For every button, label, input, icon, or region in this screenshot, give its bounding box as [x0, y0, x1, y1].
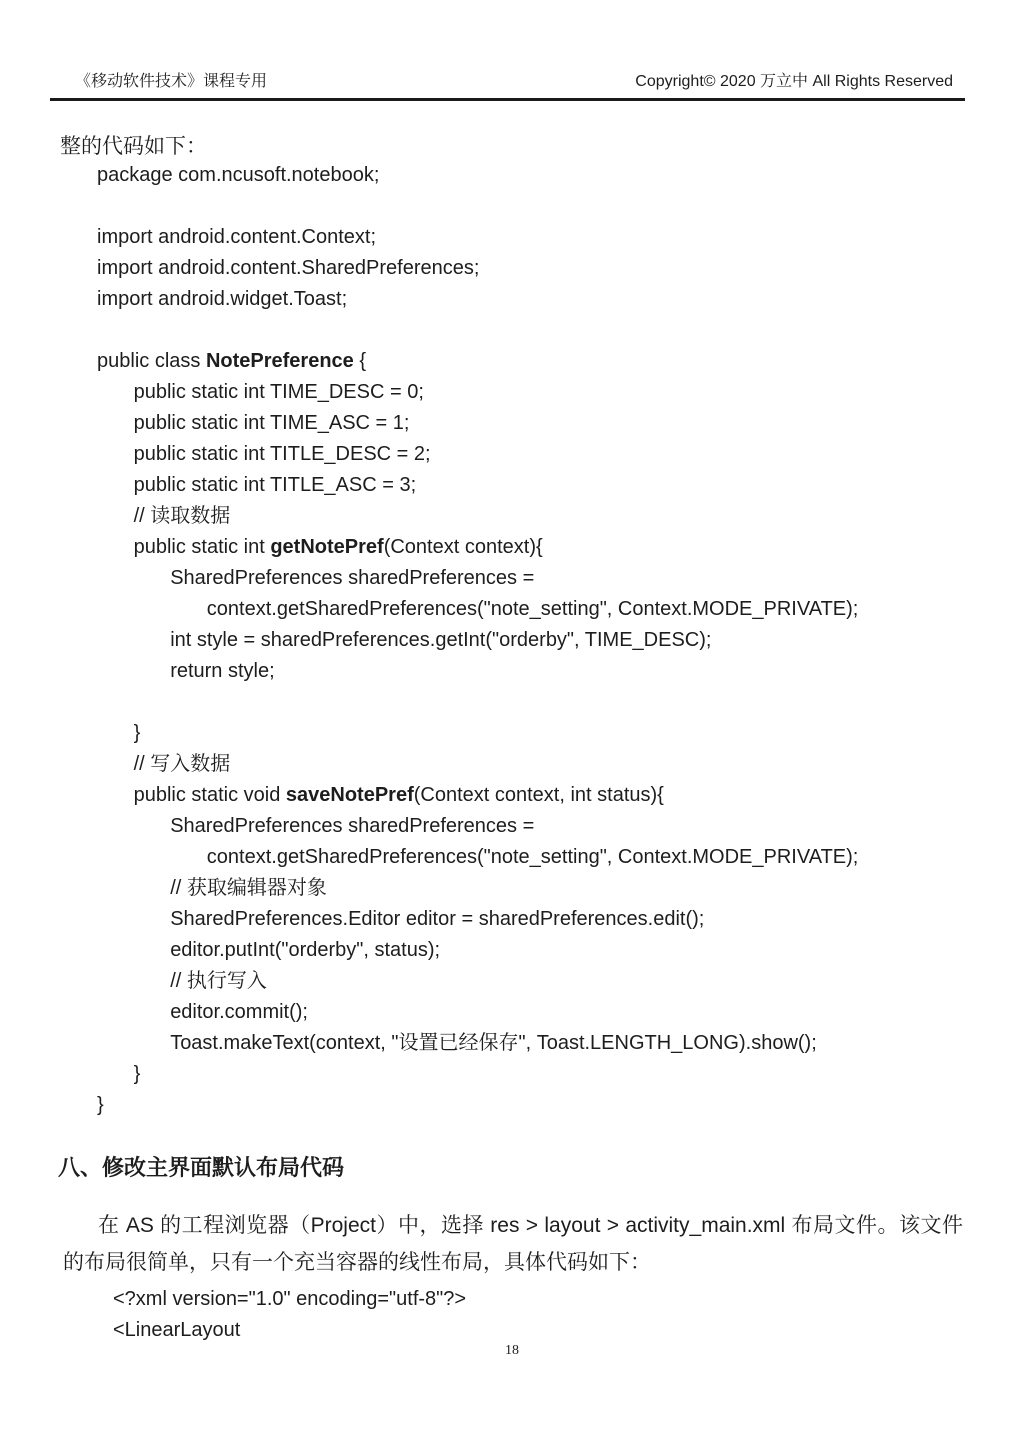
code-line: Toast.makeText(context, "设置已经保存", Toast.…: [97, 1028, 858, 1059]
code-line: public static int getNotePref(Context co…: [97, 532, 858, 563]
section-heading: 八、修改主界面默认布局代码: [58, 1151, 344, 1182]
code-line: <LinearLayout: [113, 1315, 466, 1346]
code-line: // 获取编辑器对象: [97, 873, 858, 904]
code-line: editor.putInt("orderby", status);: [97, 935, 858, 966]
code-line: package com.ncusoft.notebook;: [97, 160, 858, 191]
code-line: // 写入数据: [97, 749, 858, 780]
xml-code-block: <?xml version="1.0" encoding="utf-8"?><L…: [113, 1284, 466, 1346]
code-line: return style;: [97, 656, 858, 687]
java-code-block: package com.ncusoft.notebook; import and…: [97, 160, 858, 1121]
body-paragraph: 在 AS 的工程浏览器（Project）中，选择 res > layout > …: [63, 1207, 963, 1281]
code-line: context.getSharedPreferences("note_setti…: [97, 842, 858, 873]
code-line: public static int TITLE_ASC = 3;: [97, 470, 858, 501]
code-line: }: [97, 1090, 858, 1121]
paragraph-line-1: 在 AS 的工程浏览器（Project）中，选择 res > layout > …: [63, 1207, 963, 1244]
code-line: [97, 191, 858, 222]
code-line: editor.commit();: [97, 997, 858, 1028]
paragraph-line-2: 的布局很简单，只有一个充当容器的线性布局，具体代码如下：: [63, 1244, 963, 1281]
intro-text: 整的代码如下：: [60, 130, 207, 160]
code-line: SharedPreferences.Editor editor = shared…: [97, 904, 858, 935]
header-course-label: 《移动软件技术》课程专用: [75, 68, 267, 91]
code-line: import android.widget.Toast;: [97, 284, 858, 315]
code-line: }: [97, 1059, 858, 1090]
page-header: 《移动软件技术》课程专用 Copyright© 2020 万立中 All Rig…: [50, 0, 965, 101]
code-line: public static int TIME_DESC = 0;: [97, 377, 858, 408]
code-line: public static int TIME_ASC = 1;: [97, 408, 858, 439]
code-line: import android.content.Context;: [97, 222, 858, 253]
code-line: <?xml version="1.0" encoding="utf-8"?>: [113, 1284, 466, 1315]
document-page: 《移动软件技术》课程专用 Copyright© 2020 万立中 All Rig…: [0, 0, 1024, 1447]
code-line: SharedPreferences sharedPreferences =: [97, 811, 858, 842]
code-line: int style = sharedPreferences.getInt("or…: [97, 625, 858, 656]
code-line: // 执行写入: [97, 966, 858, 997]
code-line: context.getSharedPreferences("note_setti…: [97, 594, 858, 625]
code-line: SharedPreferences sharedPreferences =: [97, 563, 858, 594]
code-line: public static void saveNotePref(Context …: [97, 780, 858, 811]
page-number: 18: [0, 1343, 1024, 1359]
code-line: public class NotePreference {: [97, 346, 858, 377]
code-line: [97, 687, 858, 718]
code-line: import android.content.SharedPreferences…: [97, 253, 858, 284]
header-copyright: Copyright© 2020 万立中 All Rights Reserved: [635, 68, 953, 91]
code-line: public static int TITLE_DESC = 2;: [97, 439, 858, 470]
code-line: }: [97, 718, 858, 749]
code-line: // 读取数据: [97, 501, 858, 532]
code-line: [97, 315, 858, 346]
